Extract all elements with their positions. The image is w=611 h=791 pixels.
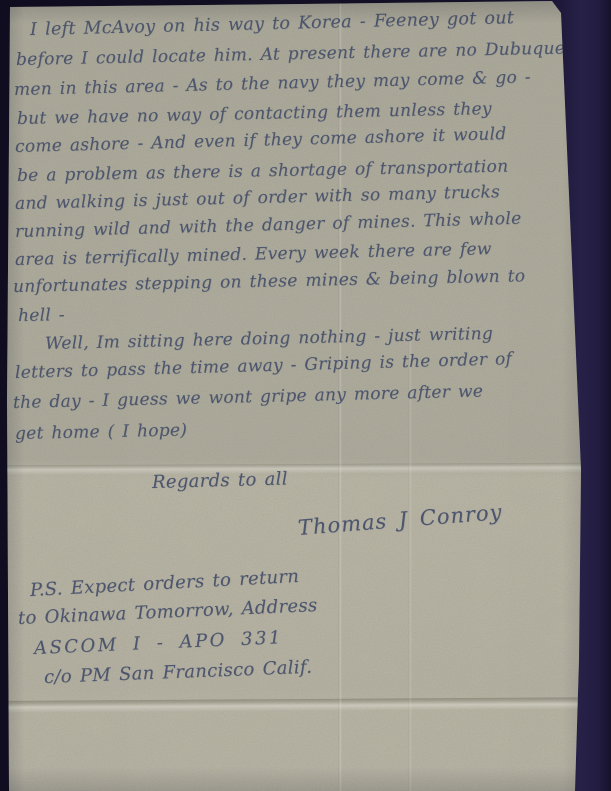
letter-page: I left McAvoy on his way to Korea - Feen… [0, 0, 611, 791]
scanner-background: I left McAvoy on his way to Korea - Feen… [0, 0, 611, 791]
paper-edge-shading [0, 0, 611, 791]
